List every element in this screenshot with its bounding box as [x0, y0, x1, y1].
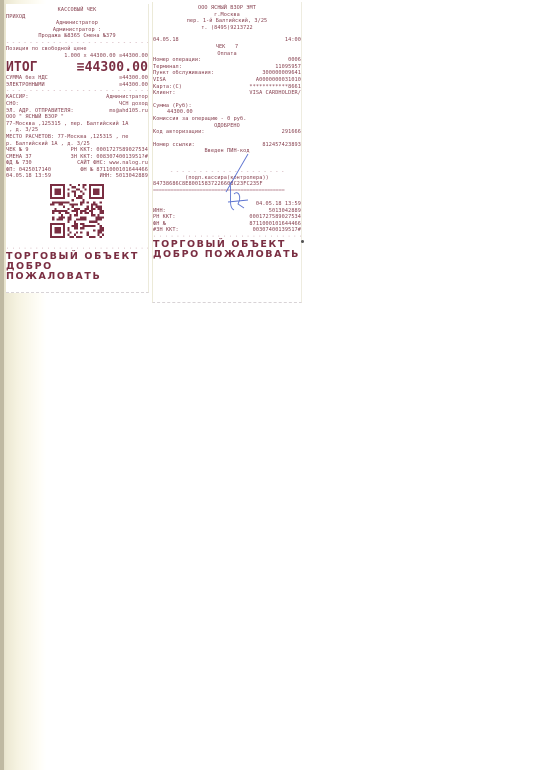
row-value: 0006: [288, 57, 301, 64]
item-qty-line: 1.000 x 44300.00 ≡44300.00: [6, 53, 148, 60]
row-label: ЧЕК № 9: [6, 147, 29, 154]
row-value: ms@ahd105.ru: [109, 108, 148, 115]
row-value: VISA CARDHOLDER/: [249, 90, 301, 97]
row-label: ФН №: [153, 221, 166, 228]
info-row: Клиент:VISA CARDHOLDER/: [153, 90, 301, 97]
address-line: , д. 3/25: [6, 127, 148, 134]
item-name: Позиция по свободной цене: [6, 46, 148, 53]
row-value: 8711000101644466: [249, 221, 301, 228]
receipt-title: КАССОВЫЙ ЧЕК: [6, 7, 148, 14]
info-row: СНО:ЧСН доход: [6, 101, 148, 108]
row-value: A0000000031010: [256, 77, 301, 84]
place-line: р. Балтийский 1А , д. 3/25: [6, 141, 148, 148]
amount-value: 44300.00: [153, 109, 301, 116]
org-name: ООО ЯСНЫЙ ВЗОР ЭМТ: [153, 5, 301, 12]
row-value: ФН № 8711000101644466: [80, 167, 148, 174]
row-label: VISA: [153, 77, 166, 84]
row-value: 11095957: [275, 64, 301, 71]
row-value: ИНН: 5013042889: [100, 173, 148, 180]
row-value: ************8661: [249, 84, 301, 91]
info-row: Пункт обслуживания:300000009641: [153, 70, 301, 77]
status: ОДОБРЕНО: [153, 123, 301, 130]
operation: Оплата: [153, 51, 301, 58]
amount-label: Сумма (Руб):: [153, 103, 301, 110]
sale-line: Продажа №8365 Смена №379: [6, 33, 148, 40]
scan-speck: [301, 240, 304, 243]
cashier-line: Администратор: [6, 20, 148, 27]
row-label: РН ККТ:: [153, 214, 176, 221]
row-label: 04.05.18 13:59: [6, 173, 51, 180]
auth-row: Код авторизации: 291666: [153, 129, 301, 136]
row-label: ЭЛЕКТРОННЫМИ: [6, 82, 45, 89]
commission: Комиссия за операцию - 0 руб.: [153, 116, 301, 123]
ref-row: Номер ссылки: 812457423893: [153, 142, 301, 149]
fiscal-receipt: КАССОВЫЙ ЧЕК ПРИХОД Администратор Админи…: [6, 4, 149, 293]
row-value: ≡44300.00: [119, 75, 148, 82]
info-row: Карта:(C)************8661: [153, 84, 301, 91]
row-label: Номер операции:: [153, 57, 201, 64]
signature-scribble: [208, 152, 258, 212]
row-label: #ЗН ККТ:: [153, 227, 179, 234]
info-row: РН ККТ:0001727589027534: [153, 214, 301, 221]
row-label: СУММА без НДС: [6, 75, 48, 82]
row-label: ИНН:: [153, 208, 166, 215]
info-row: ЧЕК № 9РН ККТ: 0001727589027534: [6, 147, 148, 154]
row-label: КАССИР:: [6, 94, 29, 101]
address-line: 77-Москва ,125315 , пер. Балтийский 1А: [6, 121, 148, 128]
row-value: ≡44300.00: [119, 82, 148, 89]
info-row: КАССИР:Администратор: [6, 94, 148, 101]
card-payment-slip: ООО ЯСНЫЙ ВЗОР ЭМТ г.Москва пер. 1-й Бал…: [152, 2, 302, 303]
footer-line: ДОБРО ПОЖАЛОВАТЬ: [153, 250, 301, 260]
info-row: ФП: 0425017140ФН № 8711000101644466: [6, 167, 148, 174]
info-row: СУММА без НДС≡44300.00: [6, 75, 148, 82]
place-line: МЕСТО РАСЧЕТОВ: 77-Москва ,125315 , пе: [6, 134, 148, 141]
total-label: ИТОГ: [6, 61, 38, 75]
row-value: РН ККТ: 0001727589027534: [71, 147, 148, 154]
info-row: VISAA0000000031010: [153, 77, 301, 84]
row-value: 0001727589027534: [249, 214, 301, 221]
info-row: 04.05.18 13:59ИНН: 5013042889: [6, 173, 148, 180]
cashier-line: Администратор :: [6, 27, 148, 34]
row-label: СМЕНА 37: [6, 154, 32, 161]
row-value: ЧСН доход: [119, 101, 148, 108]
row-label: ФД № 730: [6, 160, 32, 167]
row-label: Клиент:: [153, 90, 176, 97]
row-value: Администратор: [106, 94, 148, 101]
footer-line: ДОБРО ПОЖАЛОВАТЬ: [6, 262, 148, 282]
row-value: САЙТ ФНС: www.nalog.ru: [77, 160, 148, 167]
check-label: ЧЕК 7: [153, 44, 301, 51]
total-value: ≡44300.00: [77, 61, 148, 75]
row-label: Пункт обслуживания:: [153, 70, 214, 77]
info-row: ФН №8711000101644466: [153, 221, 301, 228]
scan-edge-line: [0, 0, 4, 770]
qr-code: [50, 184, 104, 238]
row-label: ФП: 0425017140: [6, 167, 51, 174]
date-time-row: 04.05.18 14:00: [153, 37, 301, 44]
info-row: Номер операции:0006: [153, 57, 301, 64]
street: пер. 1-й Балтийский, 3/25: [153, 18, 301, 25]
info-row: ФД № 730САЙТ ФНС: www.nalog.ru: [6, 160, 148, 167]
row-value: 00307400139517#: [253, 227, 301, 234]
row-value: 300000009641: [262, 70, 301, 77]
row-label: Карта:(C): [153, 84, 182, 91]
info-row: ЭЛЕКТРОННЫМИ≡44300.00: [6, 82, 148, 89]
row-label: СНО:: [6, 101, 19, 108]
total-row: ИТОГ ≡44300.00: [6, 61, 148, 75]
receipt-type: ПРИХОД: [6, 14, 148, 21]
info-row: #ЗН ККТ:00307400139517#: [153, 227, 301, 234]
org-name: ООО " ЯСНЫЙ ВЗОР ": [6, 114, 148, 121]
city: г.Москва: [153, 12, 301, 19]
time: 14:00: [285, 37, 301, 44]
phone: т. (8495)9213722: [153, 25, 301, 32]
date: 04.05.18: [153, 37, 179, 44]
row-value: 5013042889: [269, 208, 301, 215]
